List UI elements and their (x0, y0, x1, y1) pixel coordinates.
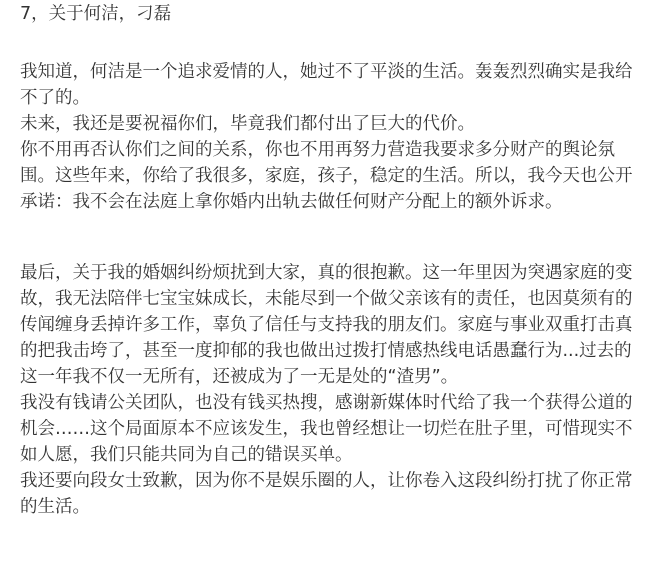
paragraph-3: 你不用再否认你们之间的关系，你也不用再努力营造我要求多分财产的舆论氛 围。这些年… (20, 137, 633, 215)
paragraph-5: 我没有钱请公关团队，也没有钱买热搜，感谢新媒体时代给了我一个获得公道的 机会……… (20, 390, 633, 468)
text-line: 的生活。 (20, 494, 633, 520)
paragraph-2: 未来，我还是要祝福你们，毕竟我们都付出了巨大的代价。 (20, 111, 475, 137)
text-line: 这一年我不仅一无所有，还被成为了一无是处的“渣男”。 (20, 364, 633, 390)
text-line: 如人愿，我们只能共同为自己的错误买单。 (20, 442, 633, 468)
text-line: 你不用再否认你们之间的关系，你也不用再努力营造我要求多分财产的舆论氛 (20, 137, 633, 163)
text-line: 故，我无法陪伴七宝宝妹成长，未能尽到一个做父亲该有的责任，也因莫须有的 (20, 286, 633, 312)
text-line: 未来，我还是要祝福你们，毕竟我们都付出了巨大的代价。 (20, 111, 475, 137)
text-line: 我没有钱请公关团队，也没有钱买热搜，感谢新媒体时代给了我一个获得公道的 (20, 390, 633, 416)
text-line: 围。这些年来，你给了我很多，家庭，孩子，稳定的生活。所以，我今天也公开 (20, 163, 633, 189)
text-line: 我知道，何洁是一个追求爱情的人，她过不了平淡的生活。轰轰烈烈确实是我给 (20, 59, 633, 85)
text-line: 最后，关于我的婚姻纠纷烦扰到大家，真的很抱歉。这一年里因为突遇家庭的变 (20, 260, 633, 286)
text-line: 承诺：我不会在法庭上拿你婚内出轨去做任何财产分配上的额外诉求。 (20, 189, 633, 215)
paragraph-6: 我还要向段女士致歉，因为你不是娱乐圈的人，让你卷入这段纠纷打扰了你正常 的生活。 (20, 468, 633, 520)
text-line: 我还要向段女士致歉，因为你不是娱乐圈的人，让你卷入这段纠纷打扰了你正常 (20, 468, 633, 494)
text-line: 机会……这个局面原本不应该发生，我也曾经想让一切烂在肚子里，可惜现实不 (20, 416, 633, 442)
paragraph-4: 最后，关于我的婚姻纠纷烦扰到大家，真的很抱歉。这一年里因为突遇家庭的变 故，我无… (20, 260, 633, 390)
text-line: 不了的。 (20, 85, 633, 111)
paragraph-1: 我知道，何洁是一个追求爱情的人，她过不了平淡的生活。轰轰烈烈确实是我给 不了的。 (20, 59, 633, 111)
text-line: 的把我击垮了，甚至一度抑郁的我也做出过拨打情感热线电话愚蠢行为...过去的 (20, 338, 633, 364)
section-title: 7，关于何洁，刁磊 (20, 1, 171, 27)
text-line: 传闻缠身丢掉许多工作，辜负了信任与支持我的朋友们。家庭与事业双重打击真 (20, 312, 633, 338)
